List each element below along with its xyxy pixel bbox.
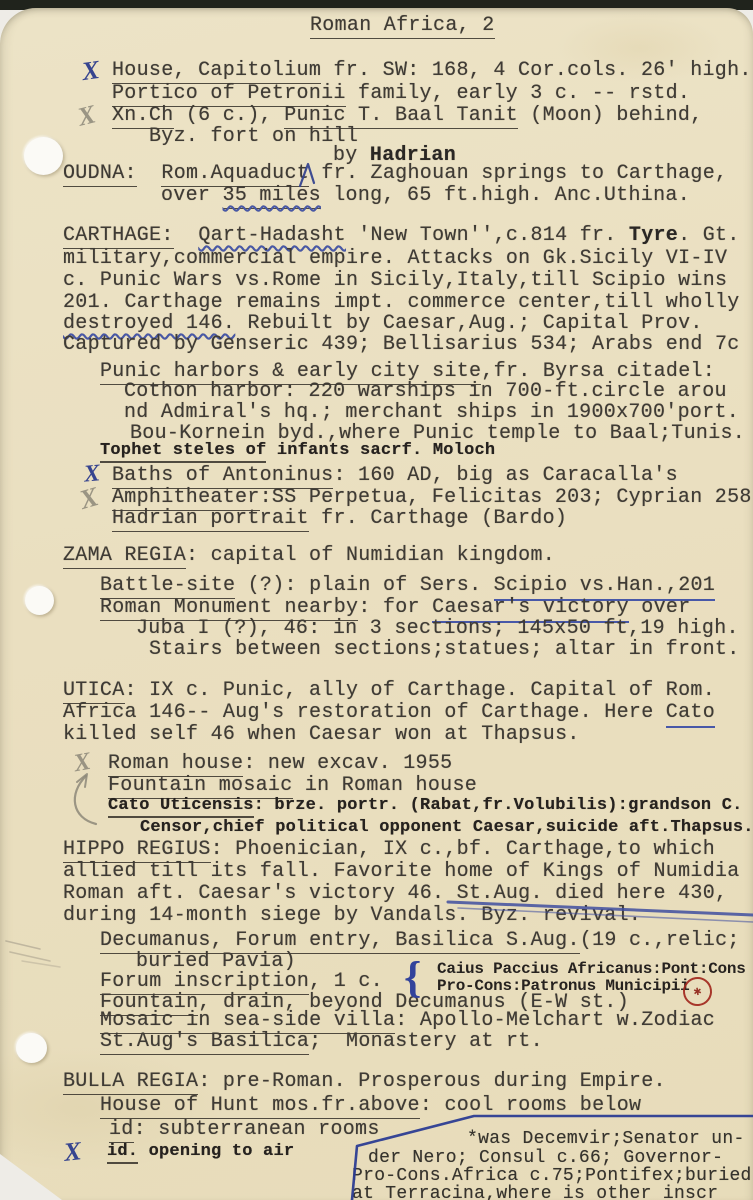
text-line: Roman aft. Caesar's victory 46. St.Aug. …: [63, 883, 727, 905]
text-line: at Terracina,where is other inscr: [352, 1185, 718, 1200]
text-line: Caius Paccius Africanus:Pont:Cons: [437, 961, 746, 978]
text-line: during 14-month siege by Vandals. Byz. r…: [63, 905, 641, 927]
text-line: over 35 miles long, 65 ft.high. Anc.Uthi…: [161, 185, 690, 207]
text-line: Africa 146-- Aug's restoration of Cartha…: [63, 702, 715, 724]
text-line: BULLA REGIA: pre-Roman. Prosperous durin…: [63, 1071, 666, 1093]
page-title: Roman Africa, 2: [310, 15, 495, 37]
text-line: Pro-Cons.Africa c.75;Pontifex;buried: [352, 1167, 752, 1185]
text-line: 201. Carthage remains impt. commerce cen…: [63, 292, 740, 314]
text-line: nd Admiral's hq.; merchant ships in 1900…: [124, 402, 739, 424]
text-line: killed self 46 when Caesar won at Thapsu…: [63, 724, 580, 746]
text-line: Tophet steles of infants sacrf. Moloch: [100, 441, 495, 461]
text-line: House of Hunt mos.fr.above: cool rooms b…: [100, 1095, 641, 1117]
text-line: Amphitheater:SS Perpetua, Felicitas 203;…: [112, 487, 752, 509]
text-line: Roman Monument nearby: for Caesar's vict…: [100, 597, 691, 619]
text-line: Portico of Petronii family, early 3 c. -…: [112, 83, 690, 105]
text-line: allied till its fall. Favorite home of K…: [63, 861, 740, 883]
text-line: HIPPO REGIUS: Phoenician, IX c.,bf. Cart…: [63, 839, 715, 861]
text-line: c. Punic Wars vs.Rome in Sicily,Italy,ti…: [63, 270, 727, 292]
text-line: UTICA: IX c. Punic, ally of Carthage. Ca…: [63, 680, 715, 702]
text-line: CARTHAGE: Qart-Hadasht 'New Town'',c.814…: [63, 225, 740, 247]
text-line: id. opening to air: [107, 1142, 294, 1162]
text-line: Captured by Genseric 439; Bellisarius 53…: [63, 334, 740, 356]
text-line: Mosaic in sea-side villa: Apollo-Melchar…: [100, 1010, 715, 1032]
text-line: Byz. fort on hill: [149, 126, 358, 148]
text-line: Cato Uticensis: brze. portr. (Rabat,fr.V…: [108, 796, 743, 816]
text-line: Baths of Antoninus: 160 AD, big as Carac…: [112, 465, 678, 487]
text-line: military,commercial empire. Attacks on G…: [63, 248, 727, 270]
text-line: der Nero; Consul c.66; Governor-: [368, 1149, 723, 1167]
text-line: Hadrian portrait fr. Carthage (Bardo): [112, 508, 567, 530]
text-line: ZAMA REGIA: capital of Numidian kingdom.: [63, 545, 555, 567]
text-line: St.Aug's Basilica; Monastery at rt.: [100, 1031, 543, 1053]
punch-hole: [25, 586, 54, 615]
text-line: House, Capitolium fr. SW: 168, 4 Cor.col…: [112, 60, 752, 82]
text-line: destroyed 146. Rebuilt by Caesar,Aug.; C…: [63, 313, 703, 335]
text-line: Battle-site (?): plain of Sers. Scipio v…: [100, 575, 715, 597]
text-line: Fountain mosaic in Roman house: [108, 775, 477, 797]
text-line: Xn.Ch (6 c.), Punic T. Baal Tanit (Moon)…: [112, 105, 703, 127]
text-line: id: subterranean rooms: [109, 1119, 380, 1141]
punch-hole: [24, 137, 63, 175]
text-line: Roman house: new excav. 1955: [108, 753, 452, 775]
text-line: OUDNA: Rom.Aquaduct fr. Zaghouan springs…: [63, 163, 727, 185]
handwritten-x-mark: X: [62, 1136, 82, 1168]
text-line: Forum inscription, 1 c.: [100, 971, 383, 993]
text-line: Juba I (?), 46: in 3 sections; 145x50 ft…: [136, 618, 739, 640]
text-line: Decumanus, Forum entry, Basilica S.Aug.(…: [100, 930, 740, 952]
handwritten-brace: {: [404, 952, 421, 1003]
punch-hole: [16, 1033, 47, 1063]
text-line: Censor,chief political opponent Caesar,s…: [140, 818, 753, 838]
asterisk-glyph: ✱: [693, 984, 703, 1000]
text-line: Stairs between sections;statues; altar i…: [149, 639, 740, 661]
text-line: *was Decemvir;Senator un-: [467, 1130, 745, 1148]
text-line: Cothon harbor: 220 warships in 700-ft.ci…: [124, 381, 727, 403]
